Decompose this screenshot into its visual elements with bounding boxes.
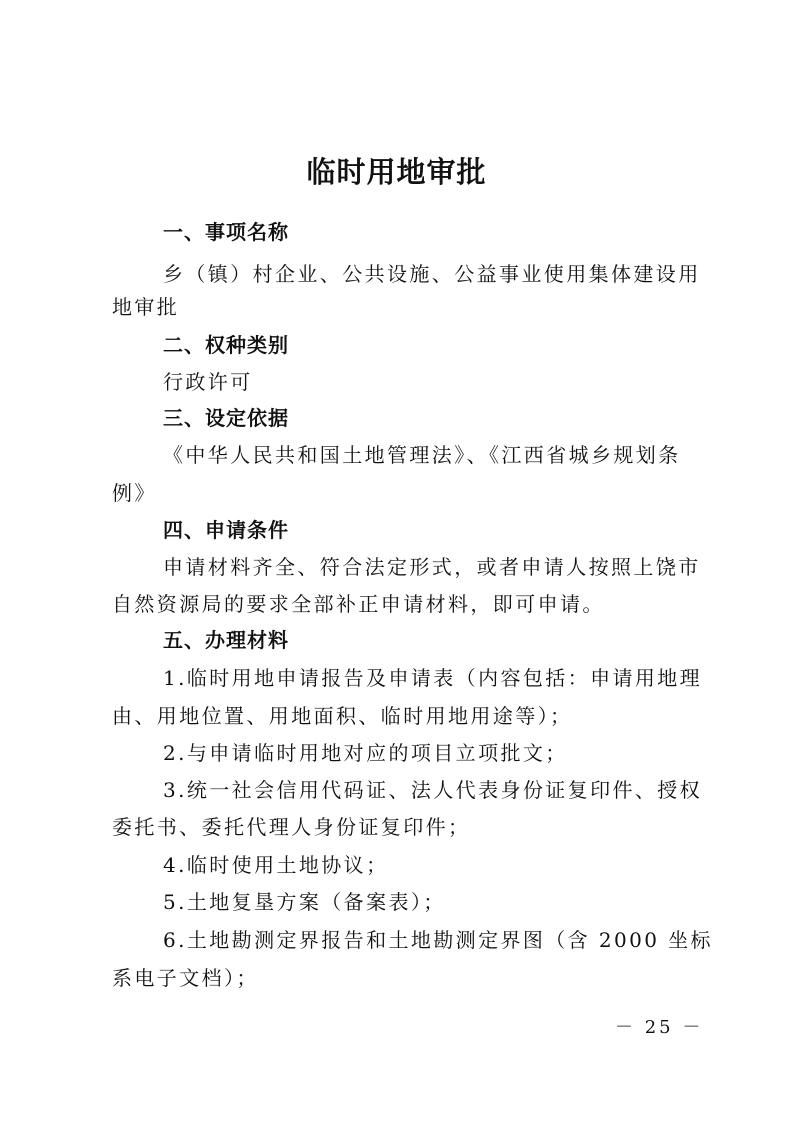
document-page: 临时用地审批 一、事项名称 乡（镇）村企业、公共设施、公益事业使用集体建设用 地… xyxy=(0,0,793,1122)
paragraph-line: 行政许可 xyxy=(163,364,733,400)
paragraph-line: 地审批 xyxy=(112,289,682,325)
page-number: － 25 － xyxy=(615,1014,703,1042)
list-item-line: 5.土地复垦方案（备案表）； xyxy=(163,884,733,920)
list-item-line: 由、用地位置、用地面积、临时用地用途等）； xyxy=(112,698,682,734)
list-item-line: 4.临时使用土地协议； xyxy=(163,847,733,883)
list-item-line: 1.临时用地申请报告及申请表（内容包括：申请用地理 xyxy=(163,660,733,696)
paragraph-line: 例》 xyxy=(112,475,682,511)
list-item-line: 系电子文档）； xyxy=(112,960,682,996)
section-heading-materials: 五、办理材料 xyxy=(163,622,733,658)
section-heading-conditions: 四、申请条件 xyxy=(163,512,733,548)
section-heading-legal-basis: 三、设定依据 xyxy=(163,400,733,436)
section-heading-item-name: 一、事项名称 xyxy=(163,214,733,250)
paragraph-line: 《中华人民共和国土地管理法》、《江西省城乡规划条 xyxy=(163,437,733,473)
paragraph-line: 申请材料齐全、符合法定形式，或者申请人按照上饶市 xyxy=(163,549,733,585)
list-item-line: 2.与申请临时用地对应的项目立项批文； xyxy=(163,735,733,771)
paragraph-line: 自然资源局的要求全部补正申请材料，即可申请。 xyxy=(112,586,682,622)
list-item-line: 3.统一社会信用代码证、法人代表身份证复印件、授权 xyxy=(163,772,733,808)
list-item-line: 委托书、委托代理人身份证复印件； xyxy=(112,809,682,845)
page-title: 临时用地审批 xyxy=(0,150,793,194)
list-item-line: 6.土地勘测定界报告和土地勘测定界图（含 2000 坐标 xyxy=(163,922,733,958)
section-heading-category: 二、权种类别 xyxy=(163,327,733,363)
paragraph-line: 乡（镇）村企业、公共设施、公益事业使用集体建设用 xyxy=(163,256,733,292)
